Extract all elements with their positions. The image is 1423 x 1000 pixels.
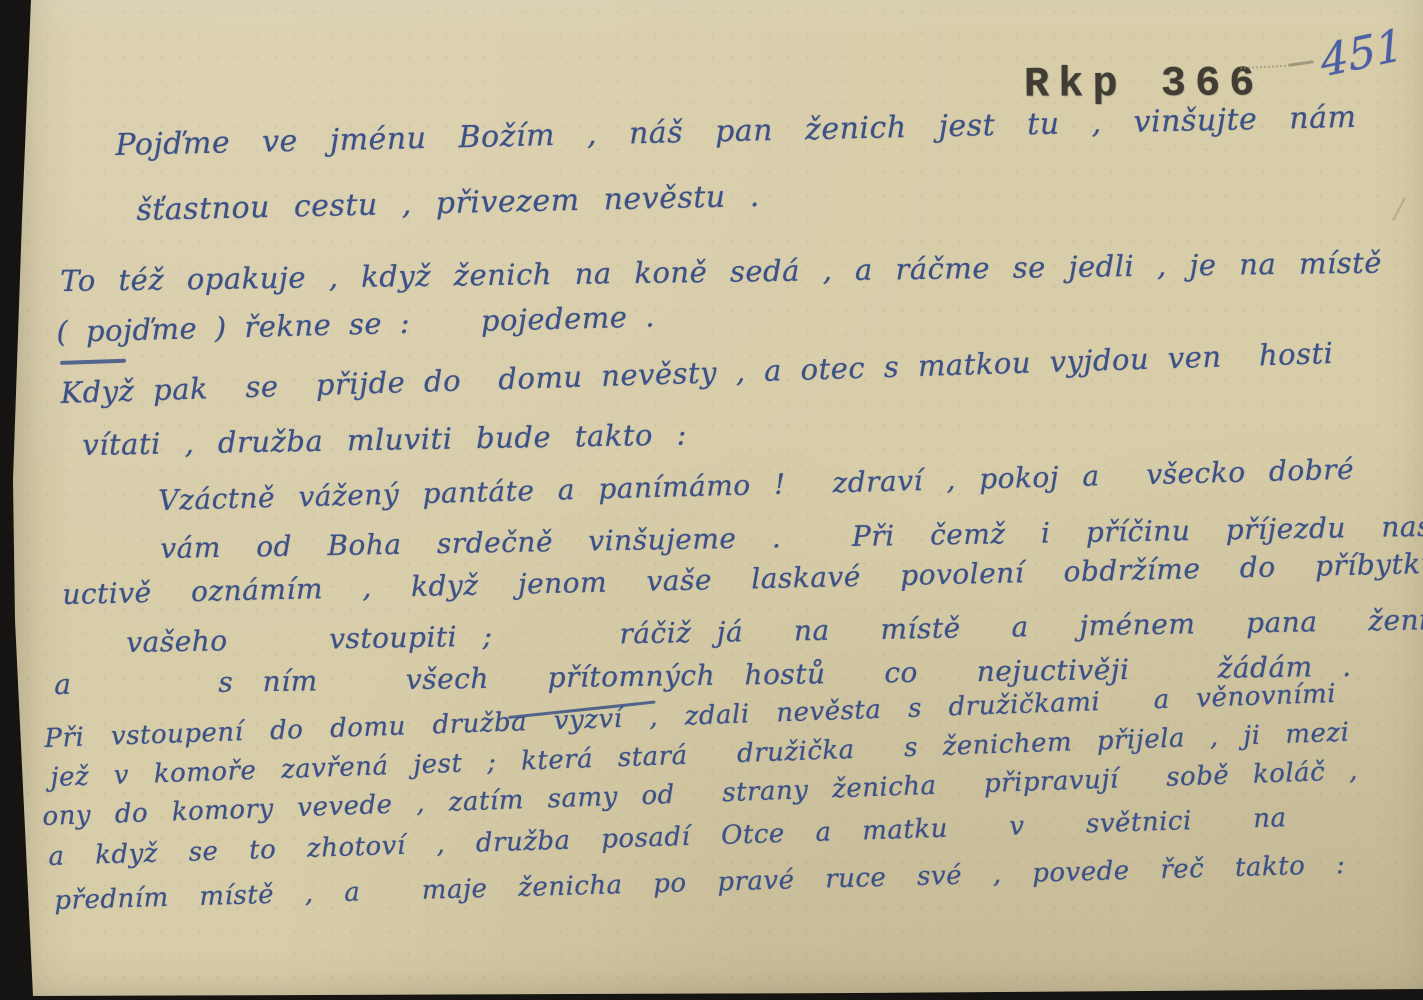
manuscript-line-1: Pojďme ve jménu Božím , náš pan ženich j…: [115, 100, 1357, 163]
manuscript-text: Pojďme ve jménu Božím , náš pan ženich j…: [0, 0, 1423, 1000]
manuscript-line-2: šťastnou cestu , přivezem nevěstu .: [136, 179, 760, 228]
manuscript-line-10: vašeho vstoupiti ; ráčiž já na místě a j…: [126, 602, 1423, 659]
manuscript-line-3: To též opakuje , když ženich na koně sed…: [60, 246, 1382, 298]
manuscript-page: Rkp 366 451 Pojďme ve jménu Božím , náš …: [0, 0, 1423, 1000]
manuscript-line-7: Vzáctně vážený pantáte a panímámo ! zdra…: [158, 453, 1355, 517]
manuscript-line-6: vítati , družba mluviti bude takto :: [82, 417, 687, 462]
manuscript-line-5: Když pak se přijde do domu nevěsty , a o…: [60, 336, 1334, 410]
manuscript-line-4: ( pojďme ) řekne se : pojedeme .: [56, 299, 655, 349]
